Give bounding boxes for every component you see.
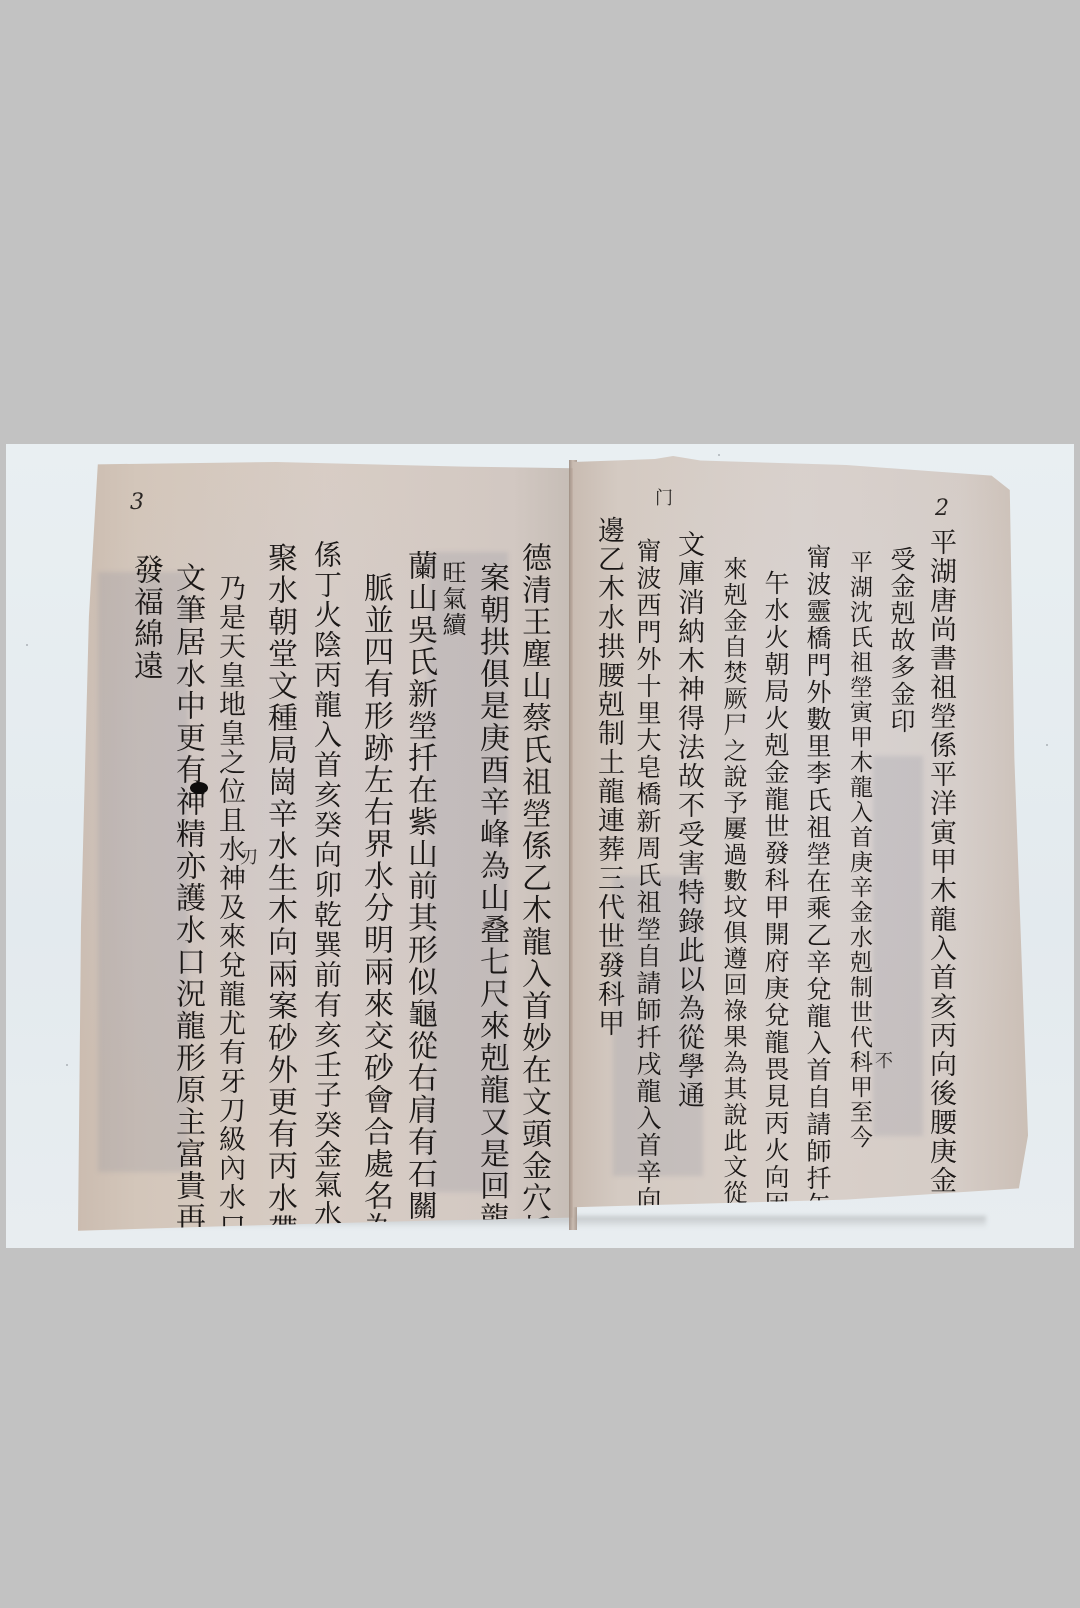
text-column: 聚水朝堂文種局崗辛水生木向兩案砂外更有丙水帶彩朝拱 <box>264 542 294 1237</box>
right-page: 2 门 平湖唐尚書祖塋係平洋寅甲木龍入首亥丙向後腰庚金來拱木龍 受金剋故多金印 … <box>573 456 1028 1211</box>
text-column: 案朝拱俱是庚酉辛峰為山叠七尺來剋龍又是回龍顧祖故成乘 <box>476 562 506 1237</box>
text-column: 甯波西門外十里大皂橋新周氏祖塋自請師扦戌龍入首辛向差 <box>635 538 660 1211</box>
text-column: 平湖唐尚書祖塋係平洋寅甲木龍入首亥丙向後腰庚金來拱木龍 <box>927 528 954 1211</box>
margin-annotation: 刃 <box>238 847 256 867</box>
text-column: 發福綿遠 <box>130 554 160 682</box>
open-book: 3 德清王塵山蔡氏祖塋係乙木龍入首妙在文頭金穴扦卯山酉向 案朝拱俱是庚酉辛峰為山… <box>6 444 1074 1248</box>
text-column: 蘭山吳氏新塋扦在紫山前其形似龜從右肩有石關護峽出 <box>404 550 434 1237</box>
text-column: 乃是天皇地皇之位且水神及來兌龍尤有牙刀級內水口外有扦門 <box>216 574 243 1237</box>
margin-annotation: 不 <box>873 1051 891 1071</box>
text-column: 受金剋故多金印 <box>889 546 914 735</box>
text-column: 文庫消納木神得法故不受害特錄此以為從學通 <box>675 530 702 1110</box>
text-column: 來剋金自焚厥尸之說予屢過數坟俱遵回祿果為其說此文從向上 <box>721 556 745 1211</box>
ink-blot <box>190 782 208 794</box>
text-column: 係丁火陰丙龍入首亥癸向卯乾巽前有亥壬子癸金氣水交剋卯前 <box>312 540 340 1237</box>
text-column: 德清王塵山蔡氏祖塋係乙木龍入首妙在文頭金穴扦卯山酉向 <box>518 542 548 1237</box>
text-column: 脈並四有形跡左右界水分明兩來交砂會合處名為眠龍就肩 <box>360 572 390 1237</box>
left-page: 3 德清王塵山蔡氏祖塋係乙木龍入首妙在文頭金穴扦卯山酉向 案朝拱俱是庚酉辛峰為山… <box>78 462 573 1237</box>
manuscript-photo: 3 德清王塵山蔡氏祖塋係乙木龍入首妙在文頭金穴扦卯山酉向 案朝拱俱是庚酉辛峰為山… <box>6 444 1074 1248</box>
text-column: 午水火朝局火剋金龍世發科甲開府庚兌龍畏見丙火向因向走 <box>763 570 788 1211</box>
text-column: 文筆居水中更有神精亦護水口況龍形原主富貴再斯必然 <box>172 562 202 1237</box>
text-column: 平湖沈氏祖塋寅甲木龍入首庚辛金水剋制世代科甲至今 <box>847 550 870 1150</box>
text-columns: 德清王塵山蔡氏祖塋係乙木龍入首妙在文頭金穴扦卯山酉向 案朝拱俱是庚酉辛峰為山叠七… <box>78 462 571 1237</box>
text-column: 邊乙木水拱腰剋制土龍連葬三代世發科甲 <box>595 516 622 1038</box>
text-columns: 平湖唐尚書祖塋係平洋寅甲木龍入首亥丙向後腰庚金來拱木龍 受金剋故多金印 平湖沈氏… <box>573 456 1028 1211</box>
text-column: 甯波靈橋門外數里李氏祖塋在乘乙辛兌龍入首自請師扦午向 <box>805 544 830 1211</box>
text-column: 旺氣續 <box>440 560 464 638</box>
